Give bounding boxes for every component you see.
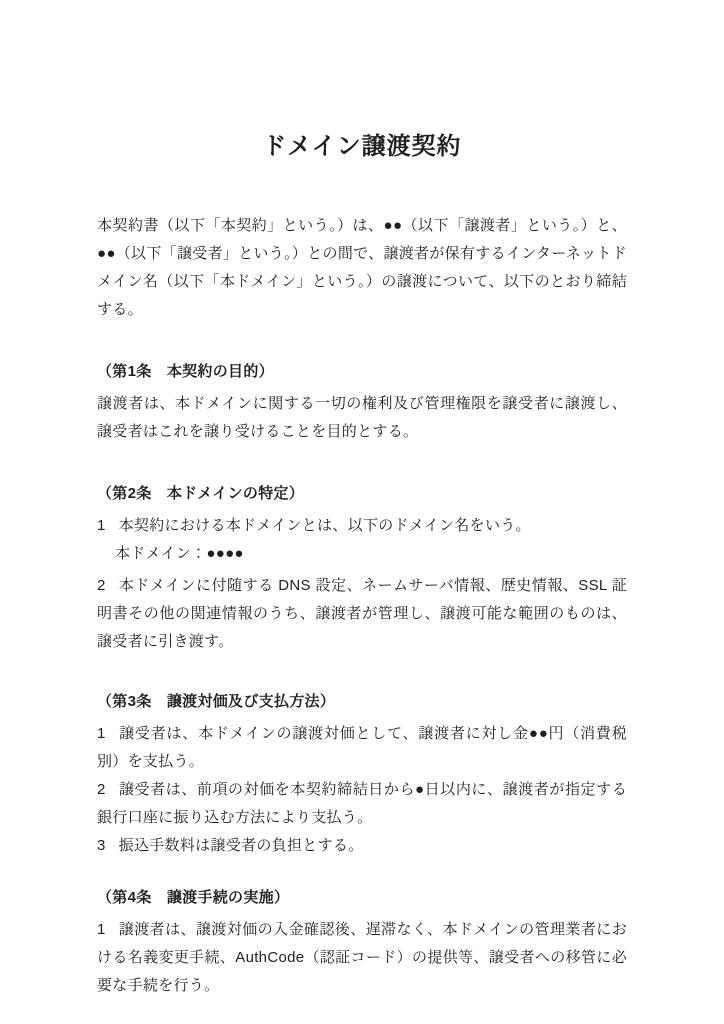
item-number: 1 bbox=[97, 517, 119, 534]
article-1-heading: （第1条 本契約の目的） bbox=[97, 358, 627, 386]
item-text: 本契約における本ドメインとは、以下のドメイン名をいう。 bbox=[119, 517, 531, 534]
item-text: 本ドメインに付随する DNS 設定、ネームサーバ情報、歴史情報、SSL 証明書そ… bbox=[97, 577, 627, 650]
item-number: 3 bbox=[97, 837, 119, 854]
article-2-item-2: 2本ドメインに付随する DNS 設定、ネームサーバ情報、歴史情報、SSL 証明書… bbox=[97, 572, 627, 656]
document-page: ドメイン譲渡契約 本契約書（以下「本契約」という。）は、●●（以下「譲渡者」とい… bbox=[0, 0, 724, 1024]
article-2: （第2条 本ドメインの特定） 1本契約における本ドメインとは、以下のドメイン名を… bbox=[97, 480, 627, 656]
article-1-body: 譲渡者は、本ドメインに関する一切の権利及び管理権限を譲受者に譲渡し、譲受者はこれ… bbox=[97, 390, 627, 446]
article-4-heading: （第4条 譲渡手続の実施） bbox=[97, 884, 627, 912]
article-2-heading: （第2条 本ドメインの特定） bbox=[97, 480, 627, 508]
article-3-item-3: 3振込手数料は譲受者の負担とする。 bbox=[97, 832, 627, 860]
article-3-item-1: 1譲受者は、本ドメインの譲渡対価として、譲渡者に対し金●●円（消費税別）を支払う… bbox=[97, 720, 627, 776]
item-text: 譲受者は、前項の対価を本契約締結日から●日以内に、譲渡者が指定する銀行口座に振り… bbox=[97, 781, 627, 826]
article-2-item-1: 1本契約における本ドメインとは、以下のドメイン名をいう。 bbox=[97, 512, 627, 540]
article-4-item-1: 1譲渡者は、譲渡対価の入金確認後、遅滞なく、本ドメインの管理業者における名義変更… bbox=[97, 916, 627, 1000]
item-text: 振込手数料は譲受者の負担とする。 bbox=[119, 837, 364, 854]
item-text: 譲受者は、本ドメインの譲渡対価として、譲渡者に対し金●●円（消費税別）を支払う。 bbox=[97, 725, 627, 770]
article-3-heading: （第3条 譲渡対価及び支払方法） bbox=[97, 688, 627, 716]
document-title: ドメイン譲渡契約 bbox=[97, 0, 627, 166]
article-2-item-1-domain-line: 本ドメイン：●●●● bbox=[97, 540, 627, 568]
article-3: （第3条 譲渡対価及び支払方法） 1譲受者は、本ドメインの譲渡対価として、譲渡者… bbox=[97, 688, 627, 860]
intro-paragraph: 本契約書（以下「本契約」という。）は、●●（以下「譲渡者」という。）と、●●（以… bbox=[97, 212, 627, 324]
article-4: （第4条 譲渡手続の実施） 1譲渡者は、譲渡対価の入金確認後、遅滞なく、本ドメイ… bbox=[97, 884, 627, 1000]
article-3-item-2: 2譲受者は、前項の対価を本契約締結日から●日以内に、譲渡者が指定する銀行口座に振… bbox=[97, 776, 627, 832]
article-1: （第1条 本契約の目的） 譲渡者は、本ドメインに関する一切の権利及び管理権限を譲… bbox=[97, 358, 627, 446]
item-number: 2 bbox=[97, 577, 119, 594]
item-number: 2 bbox=[97, 781, 119, 798]
item-text: 譲渡者は、譲渡対価の入金確認後、遅滞なく、本ドメインの管理業者における名義変更手… bbox=[97, 921, 627, 994]
item-number: 1 bbox=[97, 921, 119, 938]
item-number: 1 bbox=[97, 725, 119, 742]
